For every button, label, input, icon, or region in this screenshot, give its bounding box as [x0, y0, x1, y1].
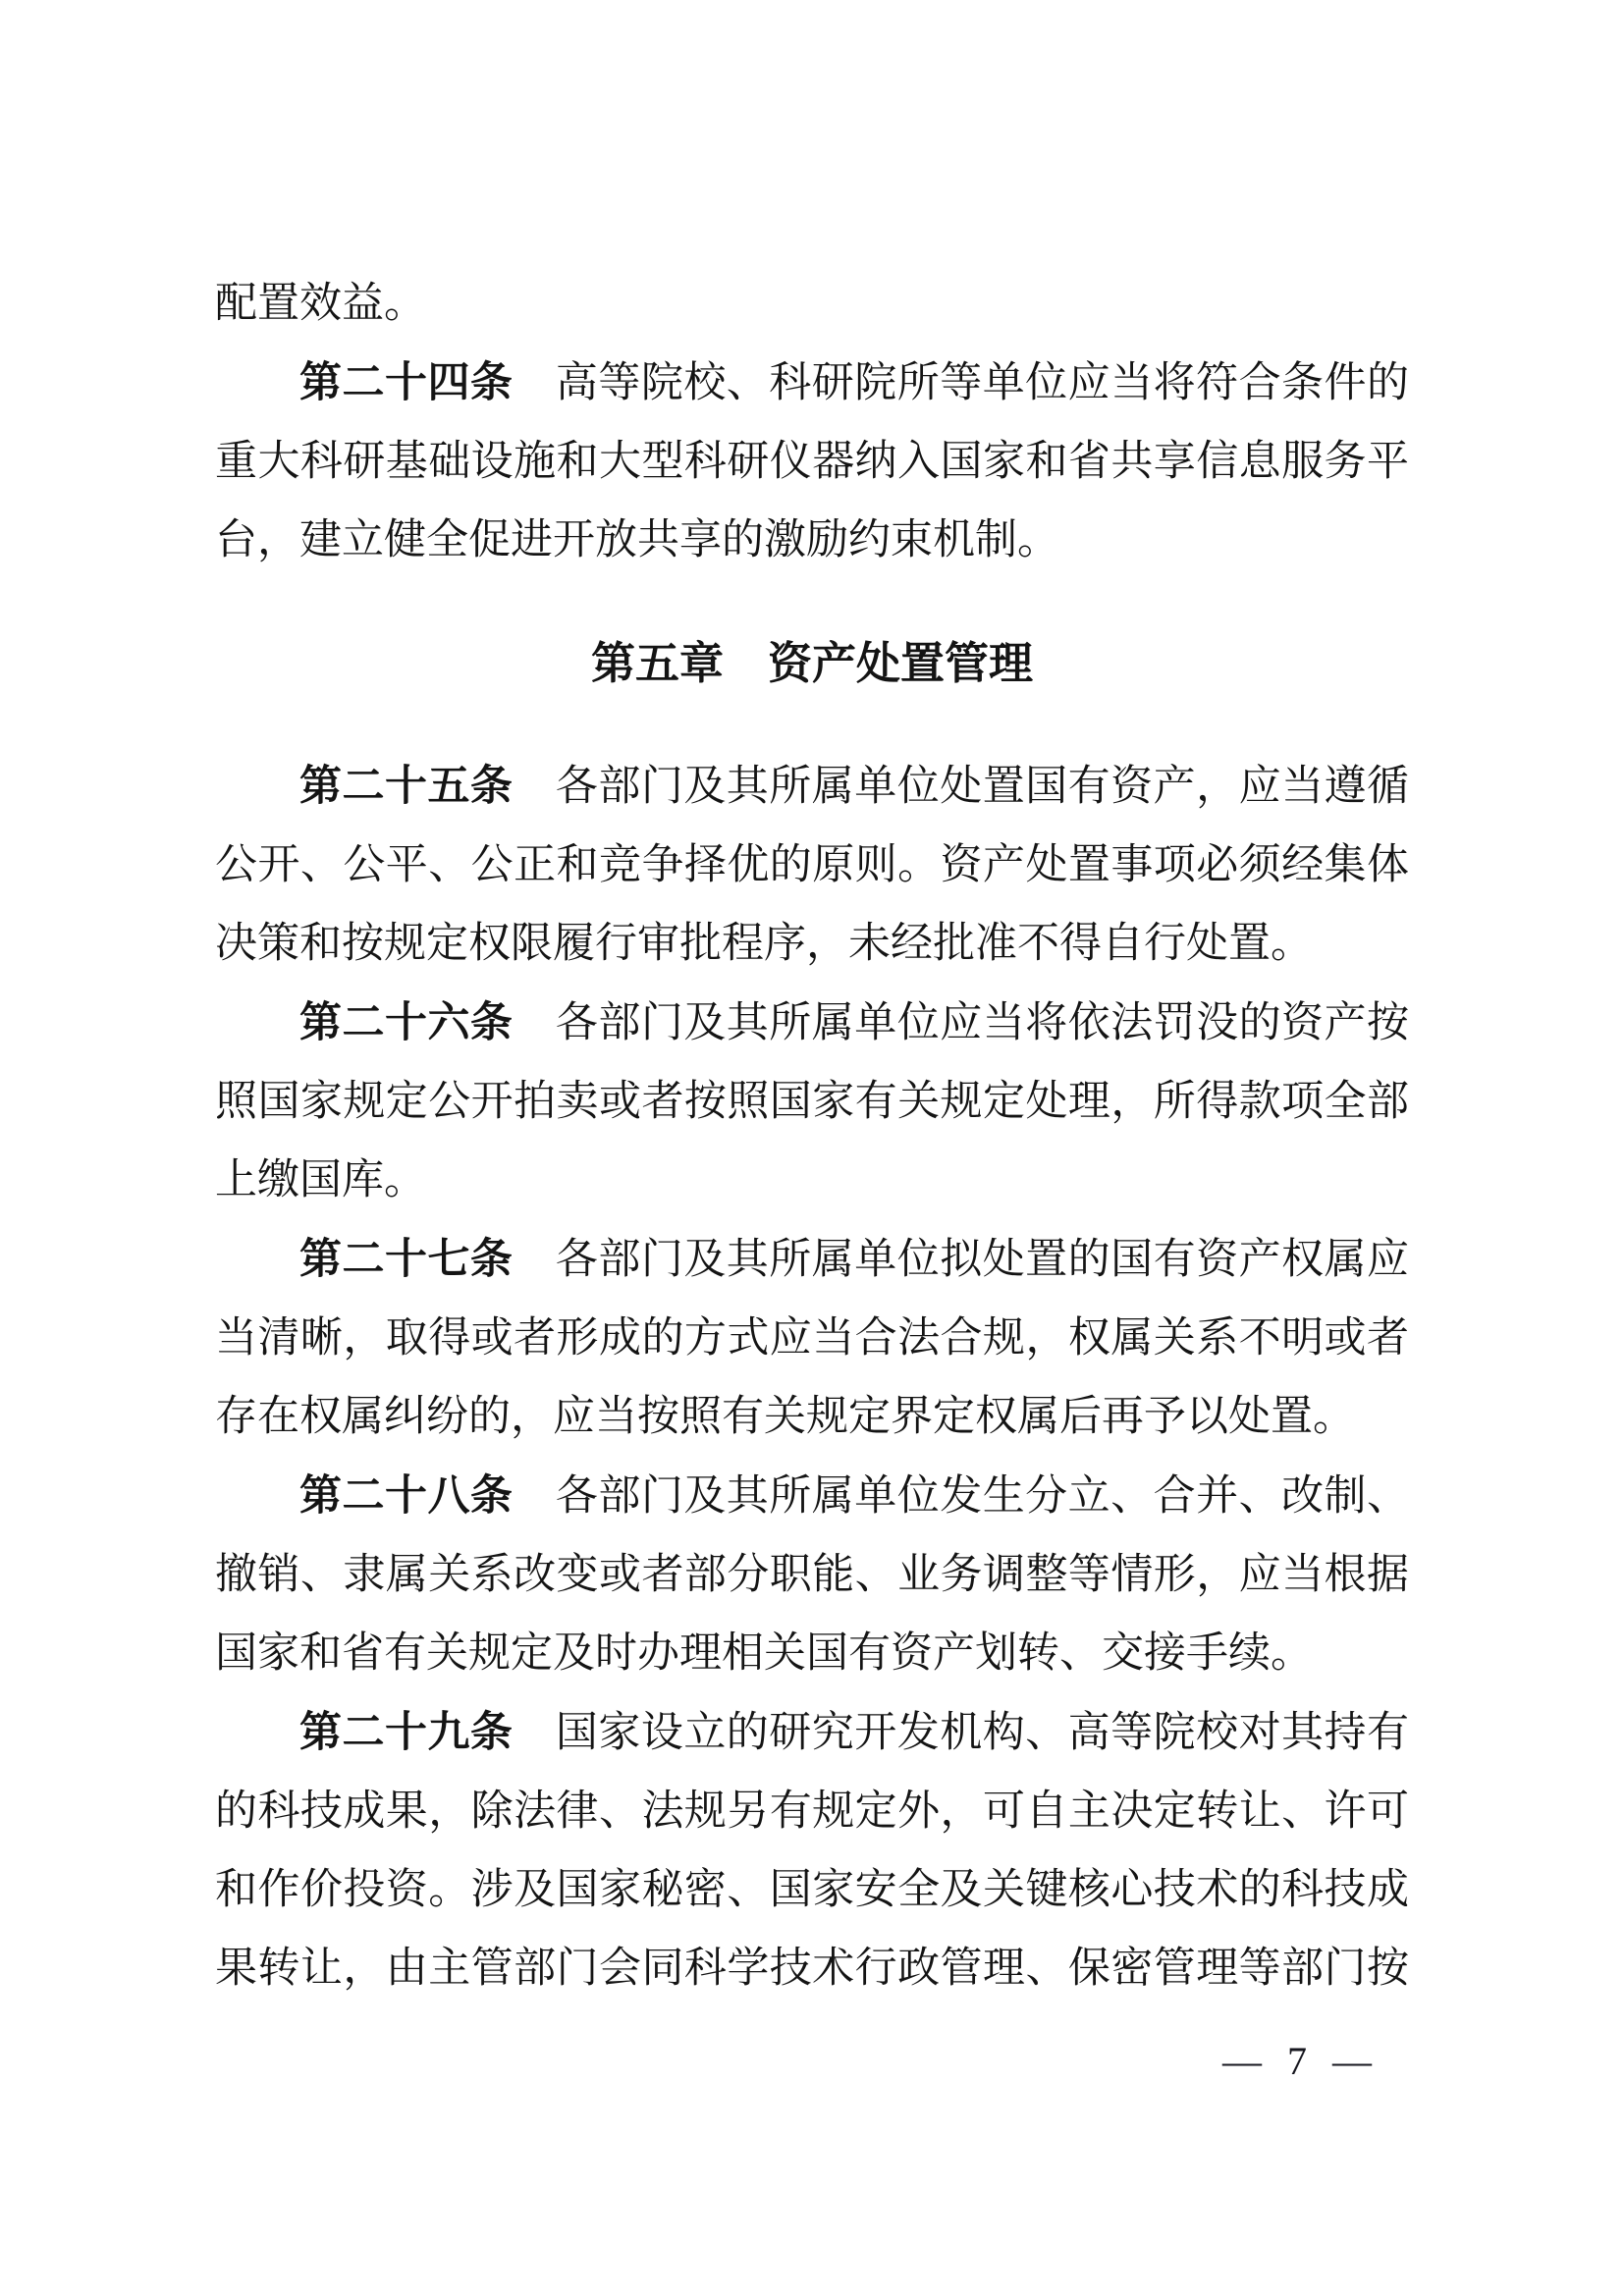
page-number-right-dash: — — [1332, 2039, 1372, 2083]
article-number-separator — [513, 360, 555, 406]
article-26-paragraph: 第二十六条 各部门及其所属单位应当将依法罚没的资产按照国家规定公开拍卖或者按照国… — [215, 984, 1409, 1220]
continuation-paragraph: 配置效益。 — [215, 265, 1409, 344]
page-number-left-dash: — — [1222, 2039, 1262, 2083]
article-29-number: 第二十九条 — [299, 1709, 513, 1756]
page-number: —7— — [1222, 2030, 1372, 2093]
article-24-number: 第二十四条 — [299, 359, 513, 406]
document-body: 配置效益。 第二十四条 高等院校、科研院所等单位应当将符合条件的重大科研基础设施… — [215, 265, 1409, 2008]
article-28-number: 第二十八条 — [299, 1472, 513, 1520]
page-number-value: 7 — [1287, 2030, 1307, 2093]
article-28-paragraph: 第二十八条 各部门及其所属单位发生分立、合并、改制、撤销、隶属关系改变或者部分职… — [215, 1457, 1409, 1693]
article-number-separator — [513, 764, 555, 810]
article-number-separator — [513, 1000, 555, 1046]
article-25-paragraph: 第二十五条 各部门及其所属单位处置国有资产，应当遵循公开、公平、公正和竞争择优的… — [215, 747, 1409, 984]
article-number-separator — [513, 1473, 555, 1520]
document-page: 配置效益。 第二十四条 高等院校、科研院所等单位应当将符合条件的重大科研基础设施… — [0, 0, 1624, 2296]
article-27-paragraph: 第二十七条 各部门及其所属单位拟处置的国有资产权属应当清晰，取得或者形成的方式应… — [215, 1220, 1409, 1457]
article-number-separator — [513, 1710, 555, 1756]
article-24-paragraph: 第二十四条 高等院校、科研院所等单位应当将符合条件的重大科研基础设施和大型科研仪… — [215, 344, 1409, 580]
article-number-separator — [513, 1237, 555, 1283]
article-26-number: 第二十六条 — [299, 999, 513, 1046]
article-25-number: 第二十五条 — [299, 763, 513, 810]
article-29-paragraph: 第二十九条 国家设立的研究开发机构、高等院校对其持有的科技成果，除法律、法规另有… — [215, 1693, 1409, 2008]
article-27-number: 第二十七条 — [299, 1236, 513, 1283]
chapter-5-heading: 第五章 资产处置管理 — [215, 624, 1409, 703]
